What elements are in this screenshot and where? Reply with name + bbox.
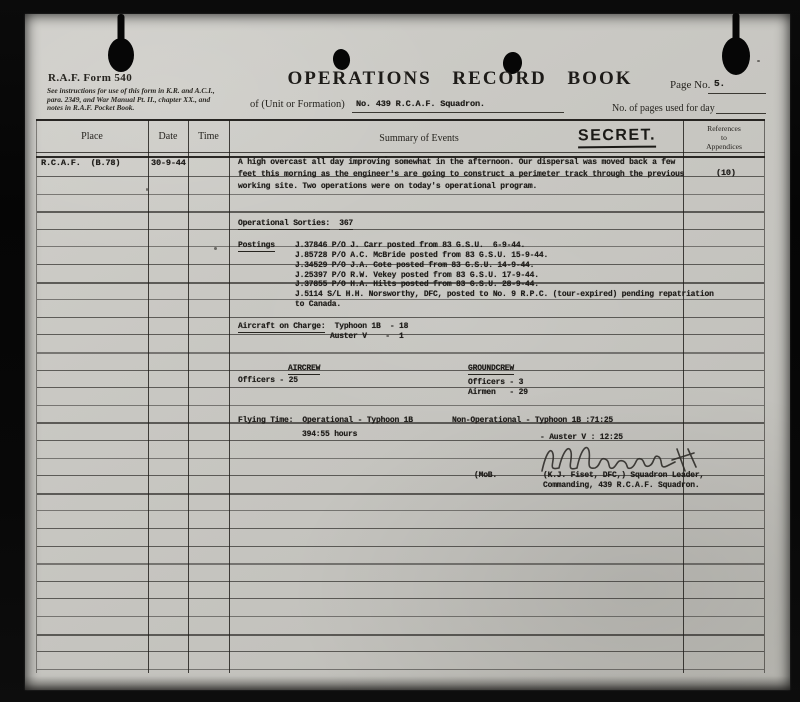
flying-operational-hours: 394:55 hours — [302, 430, 357, 439]
posting-line: J.85728 P/O A.C. McBride posted from 83 … — [295, 251, 548, 260]
unit-underline — [352, 112, 564, 113]
page-number-label: Page No. — [670, 79, 710, 91]
sorties-label: Operational Sorties: — [238, 219, 330, 230]
pages-used-label: No. of pages used for day — [612, 103, 715, 114]
ruled-line — [37, 510, 764, 511]
table-right-border — [764, 120, 765, 673]
summary-line: feet this morning as the engineer's are … — [238, 170, 684, 179]
ruled-line — [37, 563, 764, 565]
column-header-date: Date — [148, 131, 188, 142]
scan-speck — [72, 100, 74, 102]
ruled-line — [37, 651, 764, 652]
flying-non-operational: Non-Operational - Typhoon 1B :71:25 — [452, 416, 613, 425]
unit-value: No. 439 R.C.A.F. Squadron. — [356, 99, 485, 109]
page-number-underline — [708, 93, 766, 94]
column-header-summary: Summary of Events — [229, 133, 609, 144]
posting-line: J.37846 P/O J. Carr posted from 83 G.S.U… — [295, 241, 525, 250]
ruled-line — [37, 581, 764, 582]
flying-operational: Operational - Typhoon 1B — [302, 416, 412, 425]
groundcrew-header: GROUNDCREW — [468, 364, 514, 373]
posting-line: J.25397 P/O R.W. Vekey posted from 83 G.… — [295, 271, 539, 280]
sorties-value: 367 — [339, 219, 353, 230]
table-left-border — [36, 120, 37, 673]
scan-speck — [757, 60, 760, 62]
entry-date: 30-9-44 — [151, 158, 186, 168]
ruled-line — [37, 598, 764, 599]
aircraft-line: Typhoon 1B - 18 — [335, 322, 409, 331]
scan-speck — [214, 247, 217, 250]
flying-time-row: Flying Time: Operational - Typhoon 1B — [238, 416, 413, 425]
scanned-document-page: R.A.F. Form 540 See instructions for use… — [0, 0, 800, 702]
aircrew-officers: Officers - 25 — [238, 376, 298, 385]
unit-label: of (Unit or Formation) — [250, 99, 345, 110]
column-header-references: References to Appendices — [684, 124, 764, 151]
posting-line: to Canada. — [295, 300, 341, 309]
ruled-line — [37, 387, 764, 388]
sorties-row: Operational Sorties: 367 — [238, 219, 353, 228]
groundcrew-officers: Officers - 3 — [468, 378, 523, 387]
aircraft-label: Aircraft on Charge: — [238, 322, 325, 333]
aircraft-line: Auster V - 1 — [330, 332, 404, 341]
ruled-line — [37, 352, 764, 354]
signature-title: Commanding, 439 R.C.A.F. Squadron. — [543, 481, 699, 490]
ruled-line — [37, 669, 764, 670]
ruled-line — [37, 528, 764, 529]
column-divider-place-date — [148, 120, 149, 673]
table-top-border — [36, 119, 765, 121]
signature-name: (K.J. Fiset, DFC,) Squadron Leader, — [543, 471, 704, 480]
column-divider-summary-references — [683, 120, 684, 673]
punch-hole-icon — [108, 38, 134, 72]
reference-note: (10) — [716, 168, 736, 178]
ruled-line — [37, 194, 764, 195]
posting-line: J.5114 S/L H.H. Norsworthy, DFC, posted … — [295, 290, 714, 299]
postings-label: Postings — [238, 241, 275, 250]
column-divider-time-summary — [229, 120, 230, 673]
aircraft-on-charge-row: Aircraft on Charge: Typhoon 1B - 18 — [238, 322, 408, 331]
ruled-line — [37, 229, 764, 230]
signature-note: (MoB. — [474, 471, 497, 480]
ruled-line — [37, 211, 764, 213]
ruled-line — [37, 634, 764, 636]
posting-line: J.37855 P/O H.A. Hilts posted from 83 G.… — [295, 280, 539, 289]
scan-speck — [385, 156, 387, 158]
page-number-value: 5. — [714, 78, 725, 89]
posting-line: J.34529 P/O J.A. Cote posted from 83 G.S… — [295, 261, 534, 270]
column-header-place: Place — [36, 131, 148, 142]
ruled-line — [37, 405, 764, 406]
secret-stamp: SECRET. — [578, 127, 656, 149]
ruled-line — [37, 616, 764, 617]
ruled-line — [37, 493, 764, 495]
ruled-line — [37, 317, 764, 318]
groundcrew-airmen: Airmen - 29 — [468, 388, 528, 397]
summary-line: A high overcast all day improving somewh… — [238, 158, 675, 167]
sorties-value — [330, 219, 339, 228]
ruled-line — [37, 370, 764, 371]
summary-line: working site. Two operations were on tod… — [238, 182, 537, 191]
pages-used-underline — [716, 113, 766, 114]
scan-speck — [146, 188, 148, 191]
column-divider-date-time — [188, 120, 189, 673]
aircrew-header: AIRCREW — [288, 364, 320, 373]
header-divider — [36, 152, 765, 153]
flying-time-label: Flying Time: — [238, 416, 293, 425]
ruled-line — [37, 546, 764, 547]
entry-place: R.C.A.F. (B.78) — [41, 158, 120, 168]
column-header-time: Time — [188, 131, 229, 142]
ruled-line — [37, 299, 764, 300]
